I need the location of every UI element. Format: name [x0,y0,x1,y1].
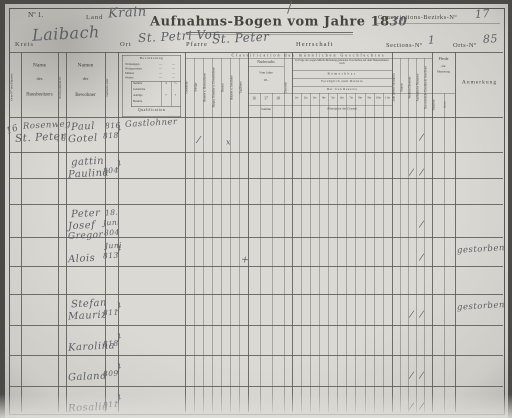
row-4-n2: Alois [68,251,96,264]
pop-inner-label-2: Adelige [133,94,143,97]
grid-line [9,294,503,295]
class-col-4: Bauern [222,61,230,114]
col-house-number: Orts-Nº des Hauses [10,61,20,114]
land-label: Land [86,13,103,21]
grid-line [66,52,67,412]
grid-line [374,93,375,412]
grid-line [58,52,59,412]
nachwuchs-line1: Vom Jahre [248,71,284,75]
pop-row-label-2: Männer [125,72,134,75]
nachwuchs-title: Nachwuchs [248,60,284,65]
col-owner-line2: des [21,76,58,81]
class-cell-10: 11te [383,97,392,100]
class-col-5: Häusler u. Inwohner [231,61,239,114]
pop-inner-label-1: Geistliche [133,88,145,91]
row-6-n2: Mauriz [68,308,107,322]
grid-line [260,93,261,412]
grid-line [185,58,432,59]
ort-label: Ort [120,40,132,48]
row-0-seq: 18 [56,134,67,144]
col-owner-line1: Name [21,62,58,68]
grid-line [319,93,320,412]
age-cell-0: 16 [248,96,260,101]
grid-line [272,93,273,412]
page-title-printed: Aufnahms-Bogen vom Jahre 18 [150,14,390,29]
pop-inner-b-2: 7 [171,94,180,97]
age-cell-1: 17 [260,96,272,101]
class-col-0: Geistliche [186,61,194,114]
pop-inner-b-0: ½ [171,82,180,85]
right-col-3: Ausländische Beisassen [417,61,424,114]
grid-line [292,86,392,87]
orts-label: Orts-Nº [453,41,477,49]
conscription-value: 17 [475,8,491,21]
grid-line [9,355,503,356]
pop-row-b-2: — [172,72,175,75]
grid-line [284,52,285,412]
right-col-4: Das weibliche Geschlecht betreffend [425,61,432,114]
col-owner-line3: Hausbesitzers [21,92,58,97]
class-cell-7: 8te [356,97,365,100]
right-col-0: Zum Dienste untauglich [393,61,400,114]
pop-row-b-1: — [172,68,175,71]
col-residents-line3: Bewohner [66,92,105,98]
grid-line [248,52,249,412]
grid-line [9,152,503,153]
grid-line [9,325,503,326]
grid-line [9,117,503,118]
grid-line [310,93,311,412]
pop-inner-a-0: 4 [161,82,171,85]
pferde-line1: zur [432,65,455,69]
scanned-census-sheet: Nº 1. Land Krain Aufnahms-Bogen vom Jahr… [0,0,512,418]
row-8-brace: } [116,362,123,373]
grid-line [9,386,503,387]
row-8-n2: Galana [68,369,107,383]
class-cell-0: 1te [292,97,301,100]
grid-line [383,93,384,412]
bemerkbar-title: Bemerkbar [292,72,392,76]
pop-row-b-0: — [172,63,175,66]
pop-row-a-0: — [159,63,162,66]
row-0-m2: x [226,137,232,147]
population-footer: Qualification [118,108,185,113]
grid-line [455,52,456,412]
pop-row-a-2: — [159,72,162,75]
bemerkbar-sub1: Vorzüglich zum Dienste [292,80,392,84]
col-residents-line1: Namen [66,62,105,68]
class-col-2: Beamte u. Honoratioren [204,61,212,114]
pop-row-a-1: — [159,68,162,71]
bemerkbar-intro: In Folge der wegen Militär-Befreiung gel… [294,59,390,65]
class-col-6: Taglöhner [240,61,248,114]
conscription-label: Conscriptions-Bezirks-Nº [378,13,457,21]
row-3-y2: Juni [103,218,121,228]
class-cell-8: 9te [365,97,374,100]
form-number: Nº 1. [28,11,43,20]
scan-fade [0,394,512,418]
grid-line [356,93,357,412]
class-cell-9: 10te [374,97,383,100]
col-residents-line2: der [66,76,105,81]
class-cell-6: 7te [347,97,356,100]
grid-line [248,66,284,67]
grid-line [328,93,329,412]
class-col-1: Adelige [195,61,203,114]
classification-title: Classification des männlichen Geschlecht… [185,53,432,58]
pop-inner-label-3: Beamte [133,100,142,103]
grid-line [301,93,302,412]
grid-line [9,204,503,205]
row-4-plus: + [240,253,250,265]
pferde-title: Pferde [432,57,455,62]
grid-line [21,52,22,412]
land-value: Krain [108,4,147,21]
pferde-cell-1: Stuten [444,94,454,115]
class-col-3: Bürger, Künstler u. Gewerbsleute [213,61,221,114]
grid-line [444,93,445,412]
col-zuwachs: Zuwachs [285,61,292,114]
sections-value: 1 [428,34,436,47]
row-3-y3: 804 [104,228,120,238]
row-3-y1: 18. [105,208,119,218]
page-title: Aufnahms-Bogen vom Jahre 1830 [150,14,370,29]
grid-line [292,52,293,412]
row-3-n1: Peter [71,206,101,220]
pop-inner-a-2: 7 [161,94,171,97]
grid-line [338,93,339,412]
pfarre-value: St. Peter [212,30,270,47]
herrschaft-label: Herrschaft [296,40,333,48]
sections-label: Sections-Nº [386,41,422,49]
pfarre-label: Pfarre [186,40,208,48]
age-cell-2: 18 [272,96,284,101]
row-1-brace: } [116,159,123,170]
class-cell-2: 3te [310,97,319,100]
grid-line [9,52,503,53]
kreis-label: Kreis [15,40,34,48]
right-col-1: Summe [401,61,408,114]
col-birth-year: Geburts-Jahr [106,61,118,114]
class-cell-1: 2te [301,97,310,100]
kreis-value: Laibach [32,22,101,45]
population-title: Bevölkerung [118,56,185,60]
pferde-line2: Musterung [432,71,455,74]
col-sequence-number: Fortlaufende Nº [59,61,66,114]
pop-row-a-3: — [159,77,162,80]
class-cell-4: 5te [328,97,337,100]
row-6-brace: } [116,301,123,312]
bemerkbar-sub2: Der 1ten Reserve [292,88,392,92]
pop-row-label-0: Wohnungen [125,63,139,66]
grid-line [292,78,392,79]
census-sheet: Nº 1. Land Krain Aufnahms-Bogen vom Jahr… [0,0,512,418]
nachwuchs-footer: Summe [248,108,284,112]
row-0-n2: Gotel [68,131,98,145]
col-anmerkung: Anmerkung [456,79,503,85]
class-cell-3: 4te [319,97,328,100]
row-7-brace: } [116,332,123,343]
conscription-underline [374,23,500,24]
row-4-brace: } [116,244,123,255]
pop-inner-label-0: Summe [133,82,142,85]
bemerkbar-footer: Altersjahre der Classen [292,107,392,111]
grid-line [9,266,503,267]
class-cell-5: 6te [338,97,347,100]
row-3-n3: Gregor [68,229,104,241]
grid-line [365,93,366,412]
right-col-2: Wirklich Dienende [409,61,416,114]
row-0-brace: } [116,124,123,135]
pferde-cell-0: Wallachen [433,94,443,115]
grid-line [347,93,348,412]
pop-row-b-3: — [172,77,175,80]
nachwuchs-line2: 18.. [248,78,284,82]
grid-line [292,70,392,71]
pop-row-label-3: Weiber [125,77,134,80]
orts-value: 85 [483,33,499,46]
pop-row-label-1: Wohnparteien [125,68,142,71]
grid-line [248,105,392,106]
